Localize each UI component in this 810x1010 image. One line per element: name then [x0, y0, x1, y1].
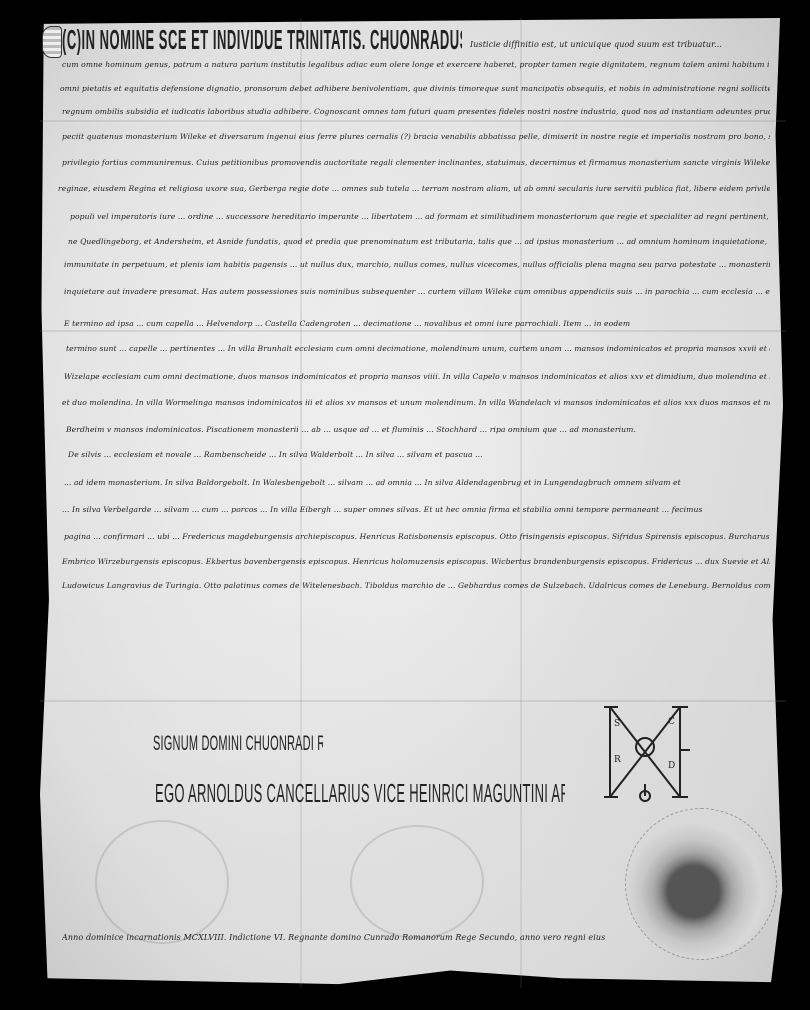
charter-text-line: peciit quatenus monasterium Wileke et di…	[62, 132, 770, 141]
charter-text-line: inquietare aut invadere presumat. Has au…	[64, 287, 770, 296]
charter-text-line: omni pietatis et equitatis defensione di…	[60, 84, 770, 93]
dating-line: Anno dominice incarnationis MCXLVIII. In…	[62, 933, 607, 942]
svg-text:S: S	[614, 719, 620, 729]
charter-text-line: Berdheim v mansos indominicatos. Piscati…	[66, 425, 770, 434]
charter-text-line: populi vel imperatoris iure ... ordine .…	[70, 212, 770, 221]
svg-text:D: D	[668, 761, 675, 771]
charter-text-line: reginae, eiusdem Regina et religiosa uxo…	[58, 184, 770, 193]
charter-text-line: privilegio fortius communiremus. Cuius p…	[62, 158, 770, 167]
elongated-header-line: (C)IN NOMINE SCE ET INDIVIDUE TRINITATIS…	[62, 24, 462, 56]
fold-line	[40, 120, 786, 122]
seal-ghost-impression	[95, 820, 229, 944]
decorated-initial	[42, 26, 62, 58]
charter-text-line: Wizelape ecclesiam cum omni decimatione,…	[64, 372, 770, 381]
royal-monogram-icon: S R C D	[600, 702, 690, 802]
svg-text:R: R	[614, 755, 621, 765]
wax-seal-remains	[625, 808, 777, 960]
seal-ghost-impression	[350, 825, 484, 939]
charter-text-line: De silvis ... ecclesiam et novale ... Ra…	[68, 450, 770, 459]
charter-text-line: ... ad idem monasterium. In silva Baldor…	[64, 478, 770, 487]
charter-text-line: ... In silva Verbelgarde ... silvam ... …	[62, 505, 770, 514]
charter-text-line: termino sunt ... capelle ... pertinentes…	[66, 344, 770, 353]
charter-text-line: Embrico Wirzeburgensis episcopus. Ekbert…	[62, 557, 770, 566]
charter-text-line: pagina ... confirmari ... ubi ... Freder…	[64, 532, 770, 541]
charter-text-line: Ludowicus Langravius de Turingia. Otto p…	[62, 581, 770, 590]
charter-text-line: immunitate in perpetuum, et plenis iam h…	[64, 260, 770, 269]
header-continuation: Iusticie diffinitio est, ut unicuique qu…	[470, 40, 770, 49]
fold-line	[40, 330, 786, 332]
charter-text-line: E termino ad ipsa ... cum capella ... He…	[64, 319, 770, 328]
charter-text-line: ne Quedlingeborg, et Andersheim, et Asni…	[68, 237, 770, 246]
charter-text-line: cum omne hominum genus, patrum a natura …	[62, 60, 770, 69]
charter-text-line: regnum ombilis subsidia et iudicatis lab…	[62, 107, 770, 116]
charter-text-line: et duo molendina. In villa Wormelinga ma…	[62, 398, 770, 407]
recognition-line: EGO ARNOLDUS CANCELLARIUS VICE HEINRICI …	[155, 778, 565, 808]
signum-line: SIGNUM DOMINI CHUONRADI ROMANORUM REGIS …	[153, 733, 323, 756]
svg-text:C: C	[668, 717, 675, 727]
